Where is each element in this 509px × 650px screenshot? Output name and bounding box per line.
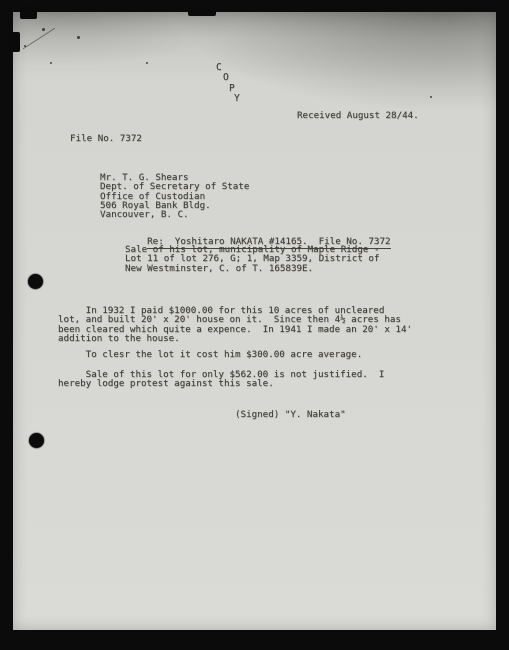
copy-mark-letter-o: O bbox=[223, 72, 229, 83]
scanned-letter-page: C O P Y Received August 28/44. File No. … bbox=[0, 0, 509, 650]
dust-speck bbox=[430, 96, 432, 98]
scan-edge-notch bbox=[20, 4, 37, 19]
signature-line: (Signed) "Y. Nakata" bbox=[235, 410, 346, 419]
subject-property-description: Sale of his lot, municipality of Maple R… bbox=[125, 245, 379, 273]
dust-speck bbox=[50, 62, 52, 64]
file-number: File No. 7372 bbox=[70, 134, 142, 143]
body-paragraph-1: In 1932 I paid $1000.00 for this 10 acre… bbox=[58, 306, 412, 343]
text-line: To clesr the lot it cost him $300.00 acr… bbox=[58, 350, 362, 359]
body-paragraph-2: To clesr the lot it cost him $300.00 acr… bbox=[58, 350, 362, 359]
scan-edge-notch bbox=[9, 32, 20, 52]
dust-speck bbox=[77, 36, 80, 39]
text-line: addition to the house. bbox=[58, 334, 412, 343]
copy-mark-letter-y: Y bbox=[234, 93, 240, 104]
text-line: hereby lodge protest against this sale. bbox=[58, 379, 384, 388]
body-paragraph-3: Sale of this lot for only $562.00 is not… bbox=[58, 370, 384, 389]
text-line: New Westminster, C. of T. 165839E. bbox=[125, 264, 379, 273]
dust-speck bbox=[42, 28, 45, 31]
copy-mark-letter-c: C bbox=[216, 62, 222, 73]
punch-hole-top bbox=[28, 274, 43, 289]
punch-hole-bottom bbox=[29, 433, 44, 448]
dust-speck bbox=[146, 62, 148, 64]
recipient-address-block: Mr. T. G. ShearsDept. of Secretary of St… bbox=[100, 173, 249, 219]
scan-edge-notch bbox=[188, 8, 216, 16]
received-date-stamp: Received August 28/44. bbox=[297, 111, 419, 120]
text-line: Vancouver, B. C. bbox=[100, 210, 249, 219]
